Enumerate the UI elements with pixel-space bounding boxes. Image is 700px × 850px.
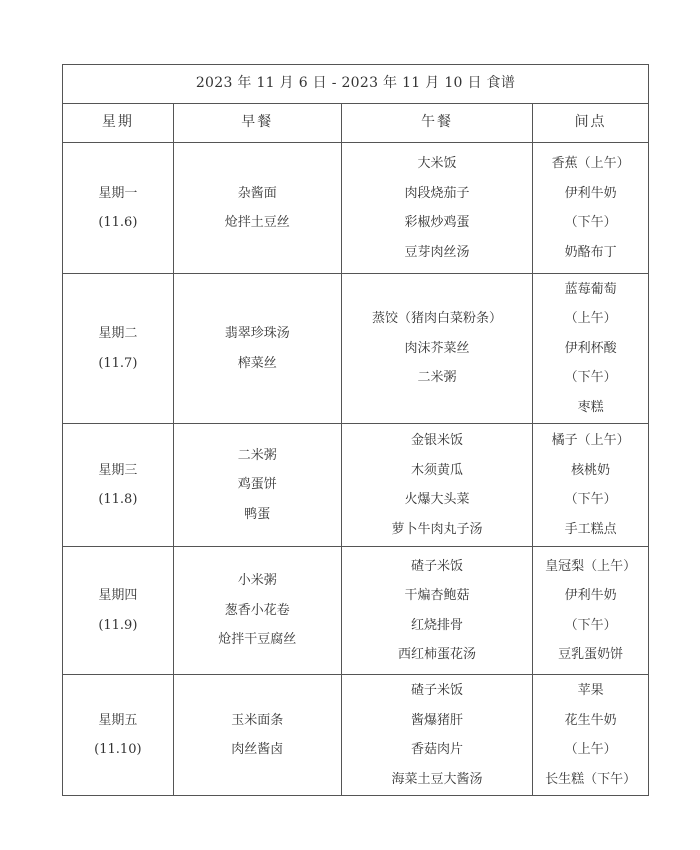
day-cell: 星期三 (11.8) <box>63 424 174 547</box>
snack-item: 伊利牛奶 <box>533 581 648 611</box>
day-date: (11.6) <box>63 208 173 238</box>
breakfast-cell: 玉米面条 肉丝酱卤 <box>173 675 341 796</box>
snack-cell: 苹果 花生牛奶 （上午） 长生糕（下午） <box>533 675 649 796</box>
lunch-item: 金银米饭 <box>342 426 532 456</box>
lunch-cell: 碴子米饭 干煸杏鲍菇 红烧排骨 西红柿蛋花汤 <box>341 547 532 675</box>
lunch-item: 豆芽肉丝汤 <box>342 238 532 268</box>
breakfast-cell: 小米粥 葱香小花卷 炝拌干豆腐丝 <box>173 547 341 675</box>
header-snack: 间点 <box>533 104 649 143</box>
day-date: (11.8) <box>63 485 173 515</box>
lunch-item: 火爆大头菜 <box>342 485 532 515</box>
snack-item: 伊利牛奶 <box>533 179 648 209</box>
snack-item: （下午） <box>533 208 648 238</box>
lunch-item: 碴子米饭 <box>342 676 532 706</box>
breakfast-cell: 翡翠珍珠汤 榨菜丝 <box>173 274 341 424</box>
snack-item: 橘子（上午） <box>533 426 648 456</box>
breakfast-item: 二米粥 <box>174 441 341 471</box>
breakfast-item: 鸡蛋饼 <box>174 470 341 500</box>
day-cell: 星期五 (11.10) <box>63 675 174 796</box>
snack-item: （上午） <box>533 735 648 765</box>
table-row-thursday: 星期四 (11.9) 小米粥 葱香小花卷 炝拌干豆腐丝 碴子米饭 干煸杏鲍菇 红… <box>63 547 649 675</box>
day-name: 星期一 <box>63 179 173 209</box>
lunch-item: 肉沫芥菜丝 <box>342 334 532 364</box>
snack-item: 蓝莓葡萄 <box>533 275 648 305</box>
lunch-item: 干煸杏鲍菇 <box>342 581 532 611</box>
breakfast-cell: 杂酱面 炝拌土豆丝 <box>173 143 341 274</box>
snack-cell: 香蕉（上午） 伊利牛奶 （下午） 奶酪布丁 <box>533 143 649 274</box>
title-row: 2023 年 11 月 6 日 - 2023 年 11 月 10 日 食谱 <box>63 65 649 104</box>
snack-cell: 皇冠梨（上午） 伊利牛奶 （下午） 豆乳蛋奶饼 <box>533 547 649 675</box>
table-row-tuesday: 星期二 (11.7) 翡翠珍珠汤 榨菜丝 蒸饺（猪肉白菜粉条） 肉沫芥菜丝 二米… <box>63 274 649 424</box>
day-name: 星期二 <box>63 319 173 349</box>
lunch-item: 碴子米饭 <box>342 552 532 582</box>
breakfast-item: 小米粥 <box>174 566 341 596</box>
lunch-item: 蒸饺（猪肉白菜粉条） <box>342 304 532 334</box>
snack-item: （下午） <box>533 611 648 641</box>
breakfast-item: 葱香小花卷 <box>174 596 341 626</box>
snack-cell: 蓝莓葡萄 （上午） 伊利杯酸 （下午） 枣糕 <box>533 274 649 424</box>
day-cell: 星期二 (11.7) <box>63 274 174 424</box>
header-row: 星期 早餐 午餐 间点 <box>63 104 649 143</box>
day-name: 星期五 <box>63 706 173 736</box>
lunch-item: 肉段烧茄子 <box>342 179 532 209</box>
snack-item: （上午） <box>533 304 648 334</box>
snack-item: 奶酪布丁 <box>533 238 648 268</box>
lunch-item: 香菇肉片 <box>342 735 532 765</box>
lunch-item: 西红柿蛋花汤 <box>342 640 532 670</box>
weekly-menu-table: 2023 年 11 月 6 日 - 2023 年 11 月 10 日 食谱 星期… <box>62 64 649 796</box>
lunch-cell: 碴子米饭 酱爆猪肝 香菇肉片 海菜土豆大酱汤 <box>341 675 532 796</box>
day-name: 星期四 <box>63 581 173 611</box>
lunch-item: 彩椒炒鸡蛋 <box>342 208 532 238</box>
day-date: (11.7) <box>63 349 173 379</box>
breakfast-item: 肉丝酱卤 <box>174 735 341 765</box>
table-row-wednesday: 星期三 (11.8) 二米粥 鸡蛋饼 鸭蛋 金银米饭 木须黄瓜 火爆大头菜 萝卜… <box>63 424 649 547</box>
snack-item: 香蕉（上午） <box>533 149 648 179</box>
lunch-cell: 蒸饺（猪肉白菜粉条） 肉沫芥菜丝 二米粥 <box>341 274 532 424</box>
lunch-item: 木须黄瓜 <box>342 456 532 486</box>
snack-item: 长生糕（下午） <box>533 765 648 795</box>
breakfast-item: 鸭蛋 <box>174 500 341 530</box>
lunch-cell: 金银米饭 木须黄瓜 火爆大头菜 萝卜牛肉丸子汤 <box>341 424 532 547</box>
day-cell: 星期一 (11.6) <box>63 143 174 274</box>
day-date: (11.9) <box>63 611 173 641</box>
snack-item: 核桃奶 <box>533 456 648 486</box>
header-breakfast: 早餐 <box>173 104 341 143</box>
lunch-item: 大米饭 <box>342 149 532 179</box>
breakfast-item: 榨菜丝 <box>174 349 341 379</box>
breakfast-item: 炝拌土豆丝 <box>174 208 341 238</box>
breakfast-item: 玉米面条 <box>174 706 341 736</box>
lunch-item: 红烧排骨 <box>342 611 532 641</box>
day-date: (11.10) <box>63 735 173 765</box>
lunch-item: 萝卜牛肉丸子汤 <box>342 515 532 545</box>
table-row-friday: 星期五 (11.10) 玉米面条 肉丝酱卤 碴子米饭 酱爆猪肝 香菇肉片 海菜土… <box>63 675 649 796</box>
snack-cell: 橘子（上午） 核桃奶 （下午） 手工糕点 <box>533 424 649 547</box>
snack-item: （下午） <box>533 485 648 515</box>
snack-item: 苹果 <box>533 676 648 706</box>
breakfast-item: 翡翠珍珠汤 <box>174 319 341 349</box>
breakfast-cell: 二米粥 鸡蛋饼 鸭蛋 <box>173 424 341 547</box>
header-lunch: 午餐 <box>341 104 532 143</box>
lunch-item: 二米粥 <box>342 363 532 393</box>
snack-item: 手工糕点 <box>533 515 648 545</box>
snack-item: 枣糕 <box>533 393 648 423</box>
snack-item: 花生牛奶 <box>533 706 648 736</box>
snack-item: （下午） <box>533 363 648 393</box>
breakfast-item: 杂酱面 <box>174 179 341 209</box>
snack-item: 皇冠梨（上午） <box>533 552 648 582</box>
snack-item: 豆乳蛋奶饼 <box>533 640 648 670</box>
day-cell: 星期四 (11.9) <box>63 547 174 675</box>
header-day: 星期 <box>63 104 174 143</box>
lunch-item: 酱爆猪肝 <box>342 706 532 736</box>
lunch-cell: 大米饭 肉段烧茄子 彩椒炒鸡蛋 豆芽肉丝汤 <box>341 143 532 274</box>
breakfast-item: 炝拌干豆腐丝 <box>174 625 341 655</box>
snack-item: 伊利杯酸 <box>533 334 648 364</box>
lunch-item: 海菜土豆大酱汤 <box>342 765 532 795</box>
day-name: 星期三 <box>63 456 173 486</box>
menu-title: 2023 年 11 月 6 日 - 2023 年 11 月 10 日 食谱 <box>63 65 649 104</box>
table-row-monday: 星期一 (11.6) 杂酱面 炝拌土豆丝 大米饭 肉段烧茄子 彩椒炒鸡蛋 豆芽肉… <box>63 143 649 274</box>
